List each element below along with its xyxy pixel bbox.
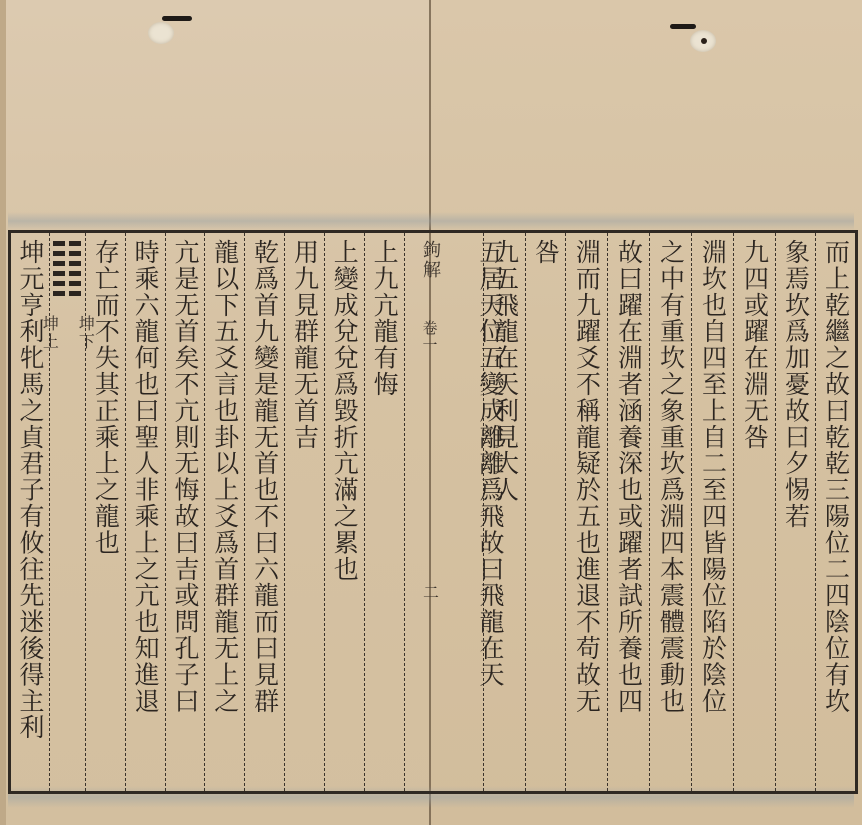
text-column: 故曰躍在淵者涵養深也或躍者試所養也四 [607, 233, 649, 791]
text-column: 時乘六龍何也曰聖人非乘上之亢也知進退 [125, 233, 165, 791]
commentary-text: 之中有重坎之象重坎爲淵四本震體震動也 [654, 233, 688, 791]
text-column: 淵坎也自四至上自二至四皆陽位陷於陰位 [691, 233, 733, 791]
scripture-text: 上九亢龍有悔 [367, 233, 401, 791]
right-page-columns: 而上乾繼之故曰乾乾三陽位二四陰位有坎 象焉坎爲加憂故曰夕惕若 九四或躍在淵无咎 … [431, 233, 855, 791]
text-column: 用九見群龍无首吉 [284, 233, 324, 791]
text-column: 淵而九躍爻不稱龍疑於五也進退不苟故无 [565, 233, 607, 791]
commentary-text: 五居天位五變成離離爲飛故曰飛龍在天 [473, 233, 507, 791]
hexagram-column: 坤下 坤上 [49, 233, 85, 791]
commentary-text: 咎 [529, 233, 563, 791]
left-page-columns: 上九亢龍有悔 上變成兌兌爲毀折亢滿之累也 用九見群龍无首吉 乾爲首九變是龍无首也… [11, 233, 432, 791]
text-column: 九四或躍在淵无咎 [733, 233, 775, 791]
text-column: 龍以下五爻言也卦以上爻爲首群龍无上之 [204, 233, 244, 791]
text-column: 乾爲首九變是龍无首也不曰六龍而曰見群 [244, 233, 284, 791]
commentary-text: 龍以下五爻言也卦以上爻爲首群龍无上之 [208, 233, 242, 791]
commentary-text: 乾爲首九變是龍无首也不曰六龍而曰見群 [248, 233, 282, 791]
book-spread: 而上乾繼之故曰乾乾三陽位二四陰位有坎 象焉坎爲加憂故曰夕惕若 九四或躍在淵无咎 … [0, 0, 862, 825]
text-column: 坤元亨利牝馬之貞君子有攸往先迷後得主利 [11, 233, 49, 791]
text-column: 上九亢龍有悔 [364, 233, 404, 791]
text-column: 亢是无首矣不亢則无悔故曰吉或問孔子曰 [165, 233, 205, 791]
commentary-text: 上變成兌兌爲毀折亢滿之累也 [327, 233, 361, 791]
right-page-frame: 而上乾繼之故曰乾乾三陽位二四陰位有坎 象焉坎爲加憂故曰夕惕若 九四或躍在淵无咎 … [431, 230, 858, 794]
scripture-text: 坤元亨利牝馬之貞君子有攸往先迷後得主利 [13, 233, 47, 791]
commentary-text: 而上乾繼之故曰乾乾三陽位二四陰位有坎 [819, 233, 853, 791]
text-column: 上變成兌兌爲毀折亢滿之累也 [324, 233, 364, 791]
text-column: 之中有重坎之象重坎爲淵四本震體震動也 [649, 233, 691, 791]
paper-damage-mark-left [148, 22, 174, 44]
text-column: 象焉坎爲加憂故曰夕惕若 [775, 233, 815, 791]
text-column-spacer [404, 233, 432, 791]
commentary-text: 時乘六龍何也曰聖人非乘上之亢也知進退 [128, 233, 162, 791]
text-column: 而上乾繼之故曰乾乾三陽位二四陰位有坎 [815, 233, 855, 791]
bleed-through-band-top [8, 212, 854, 230]
paper-damage-mark-right [690, 30, 716, 52]
scripture-text: 用九見群龍无首吉 [287, 233, 321, 791]
commentary-text: 故曰躍在淵者涵養深也或躍者試所養也四 [612, 233, 646, 791]
text-column: 五居天位五變成離離爲飛故曰飛龍在天 [469, 233, 511, 791]
commentary-text: 亢是无首矣不亢則无悔故曰吉或問孔子曰 [168, 233, 202, 791]
commentary-text: 淵坎也自四至上自二至四皆陽位陷於陰位 [696, 233, 730, 791]
leaf-edge [0, 0, 6, 825]
left-page-frame: 上九亢龍有悔 上變成兌兌爲毀折亢滿之累也 用九見群龍无首吉 乾爲首九變是龍无首也… [8, 230, 432, 794]
text-column: 咎 [525, 233, 565, 791]
scripture-text: 九四或躍在淵无咎 [738, 233, 772, 791]
commentary-text: 淵而九躍爻不稱龍疑於五也進退不苟故无 [570, 233, 604, 791]
lower-trigram-label: 坤下 [68, 309, 102, 351]
commentary-text: 象焉坎爲加憂故曰夕惕若 [779, 233, 813, 791]
